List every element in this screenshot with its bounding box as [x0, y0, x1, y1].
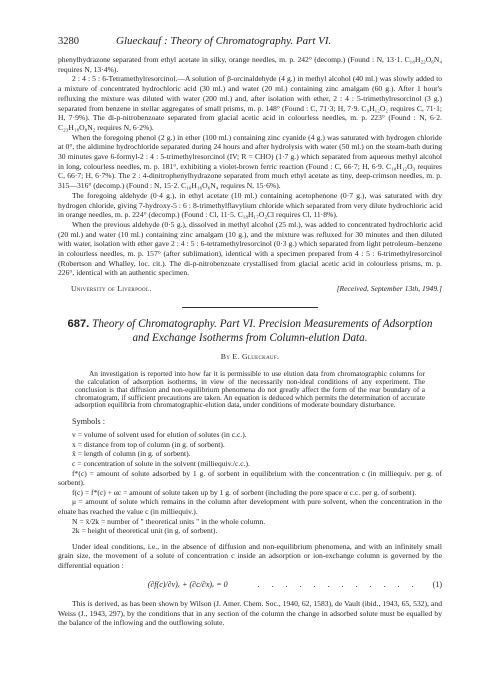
paragraph: 2 : 4 : 5 : 6-Tetramethylresorcinol.—A s… — [58, 74, 442, 132]
article-number: 687. — [68, 318, 90, 330]
paragraph: phenylhydrazone separated from ethyl ace… — [58, 55, 442, 74]
paragraph: When the foregoing phenol (2 g.) in ethe… — [58, 133, 442, 191]
symbol-definition: N = x̄/2k = number of " theoretical unit… — [58, 517, 442, 527]
abstract: An investigation is reported into how fa… — [75, 370, 425, 409]
symbol-definition: x = distance from top of column (in g. o… — [58, 440, 442, 450]
symbol-definition: f(c) = f*(c) + αc = amount of solute tak… — [58, 488, 442, 498]
symbol-definition: v = volume of solvent used for elution o… — [58, 430, 442, 440]
abstract-text: An investigation is reported into how fa… — [75, 370, 425, 409]
article-title: 687. Theory of Chromatography. Part VI. … — [58, 318, 442, 345]
symbol-definition: μ = amount of solute which remains in th… — [58, 497, 442, 516]
section-divider — [182, 307, 318, 308]
paragraph: When the previous aldehyde (0·5 g.), dis… — [58, 220, 442, 278]
byline: By E. Glueckauf. — [58, 352, 442, 361]
body-paragraph: This is derived, as has been shown by Wi… — [58, 599, 442, 628]
preceding-article: phenylhydrazone separated from ethyl ace… — [58, 55, 442, 293]
running-head: 3280 Glueckauf : Theory of Chromatograph… — [58, 35, 442, 47]
body-paragraph: Under ideal conditions, i.e., in the abs… — [58, 542, 442, 571]
affiliation: University of Liverpool. — [71, 284, 152, 293]
symbol-definition: 2k = height of theoretical unit (in g. o… — [58, 526, 442, 536]
paragraph: The foregoing aldehyde (0·4 g.), in ethy… — [58, 191, 442, 220]
symbols-heading: Symbols : — [72, 417, 442, 426]
equation-leader-dots: . . . . . . . . . . . . — [258, 580, 419, 589]
article-title-text: Theory of Chromatography. Part VI. Preci… — [92, 318, 432, 344]
article-footer: University of Liverpool. [Received, Sept… — [58, 284, 442, 293]
journal-page: 3280 Glueckauf : Theory of Chromatograph… — [58, 35, 442, 628]
equation-label: (1) — [433, 580, 442, 589]
page-number: 3280 — [58, 36, 116, 47]
symbol-definition: f*(c) = amount of solute adsorbed by 1 g… — [58, 469, 442, 488]
equation-expression: (∂f(c)/∂v)ₓ + (∂c/∂x)ᵥ = 0 — [148, 580, 228, 589]
symbol-definition: c = concentration of solute in the solve… — [58, 459, 442, 469]
equation-1: (∂f(c)/∂v)ₓ + (∂c/∂x)ᵥ = 0 . . . . . . .… — [58, 574, 442, 596]
received-date: [Received, September 13th, 1949.] — [337, 284, 442, 293]
symbol-definition: x̄ = length of column (in g. of sorbent)… — [58, 449, 442, 459]
symbols-list: v = volume of solvent used for elution o… — [58, 430, 442, 536]
running-title: Glueckauf : Theory of Chromatography. Pa… — [116, 35, 331, 47]
